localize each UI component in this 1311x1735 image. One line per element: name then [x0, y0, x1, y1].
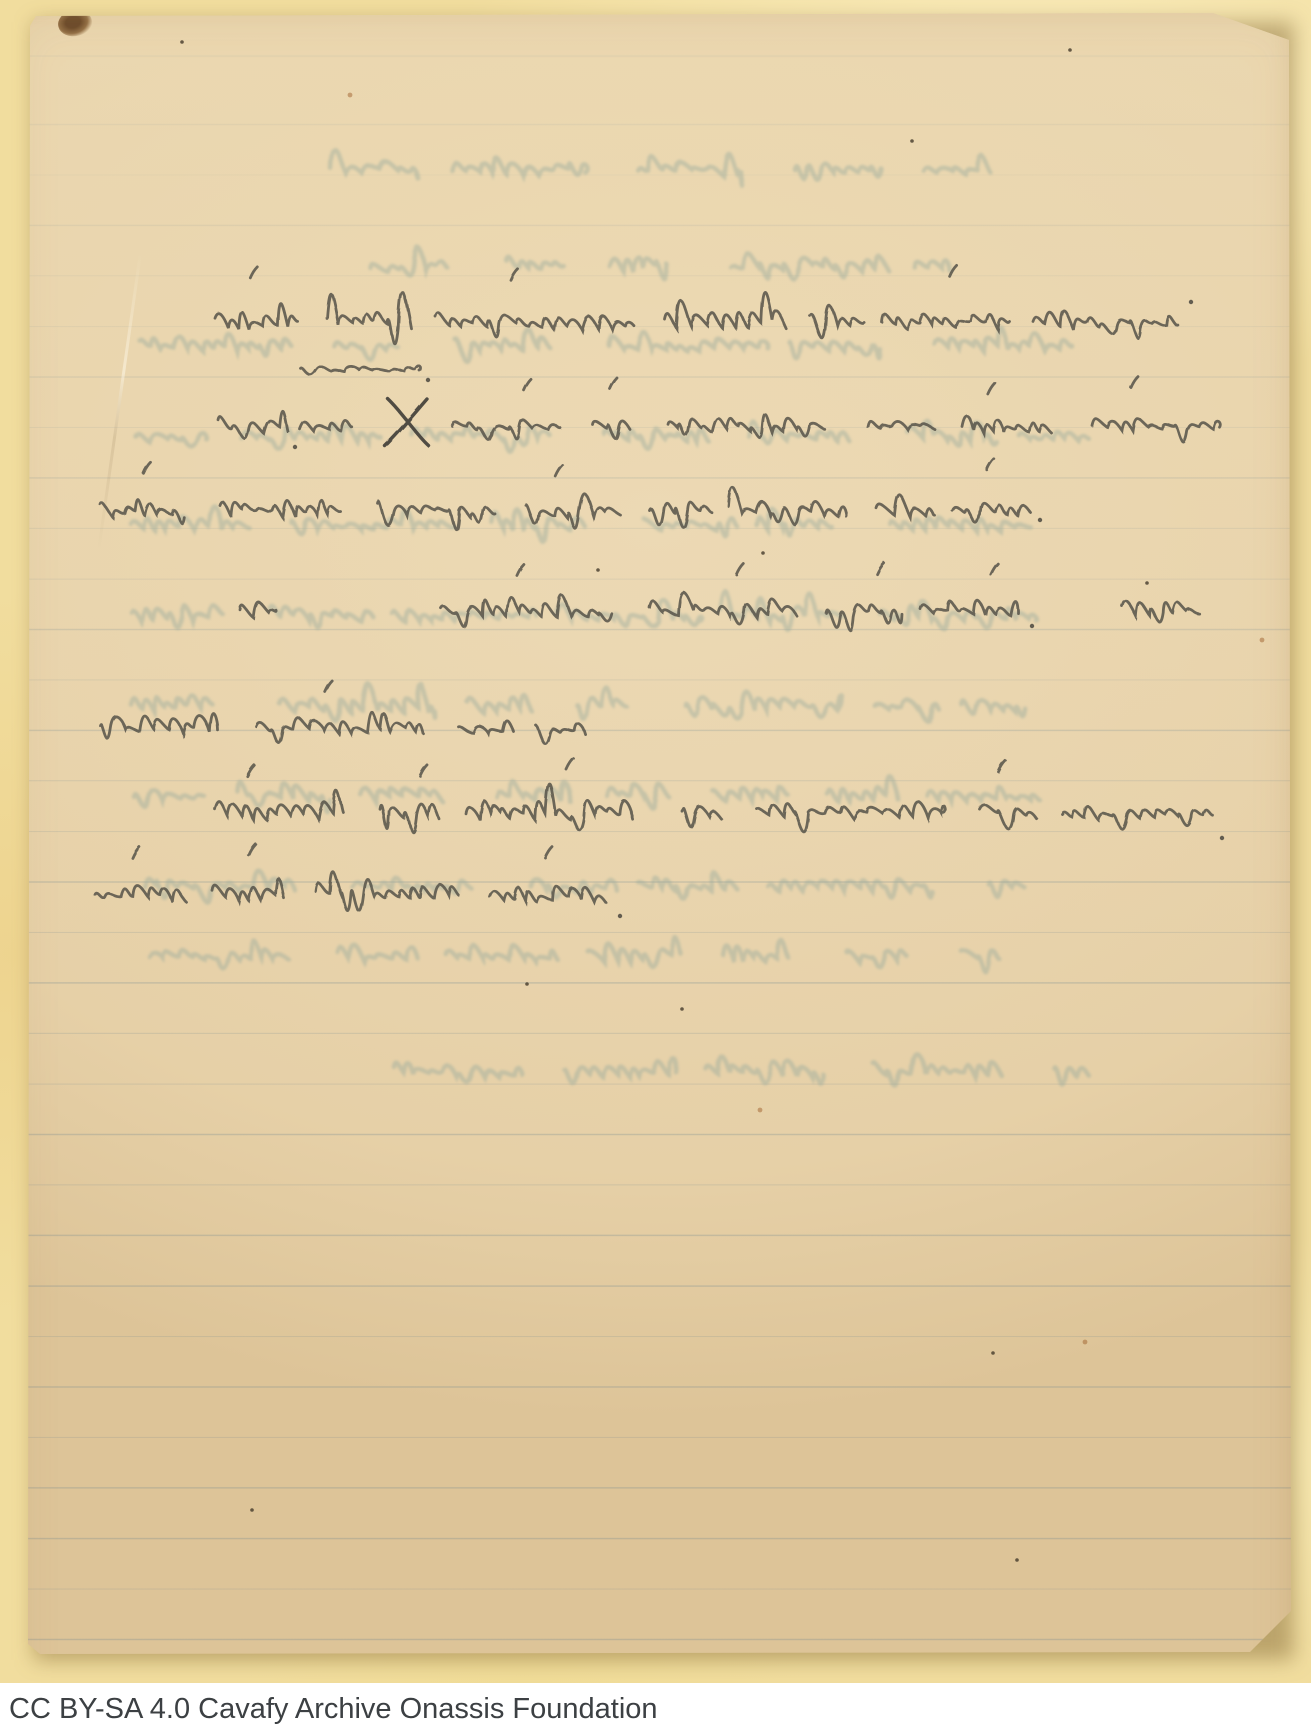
license-caption-text: CC BY-SA 4.0 Cavafy Archive Onassis Foun…: [0, 1693, 658, 1726]
license-caption-bar: CC BY-SA 4.0 Cavafy Archive Onassis Foun…: [0, 1683, 1311, 1735]
paper-edge-shading: [0, 0, 1311, 1735]
manuscript-paper: [0, 0, 1311, 1735]
scanned-manuscript: CC BY-SA 4.0 Cavafy Archive Onassis Foun…: [0, 0, 1311, 1735]
